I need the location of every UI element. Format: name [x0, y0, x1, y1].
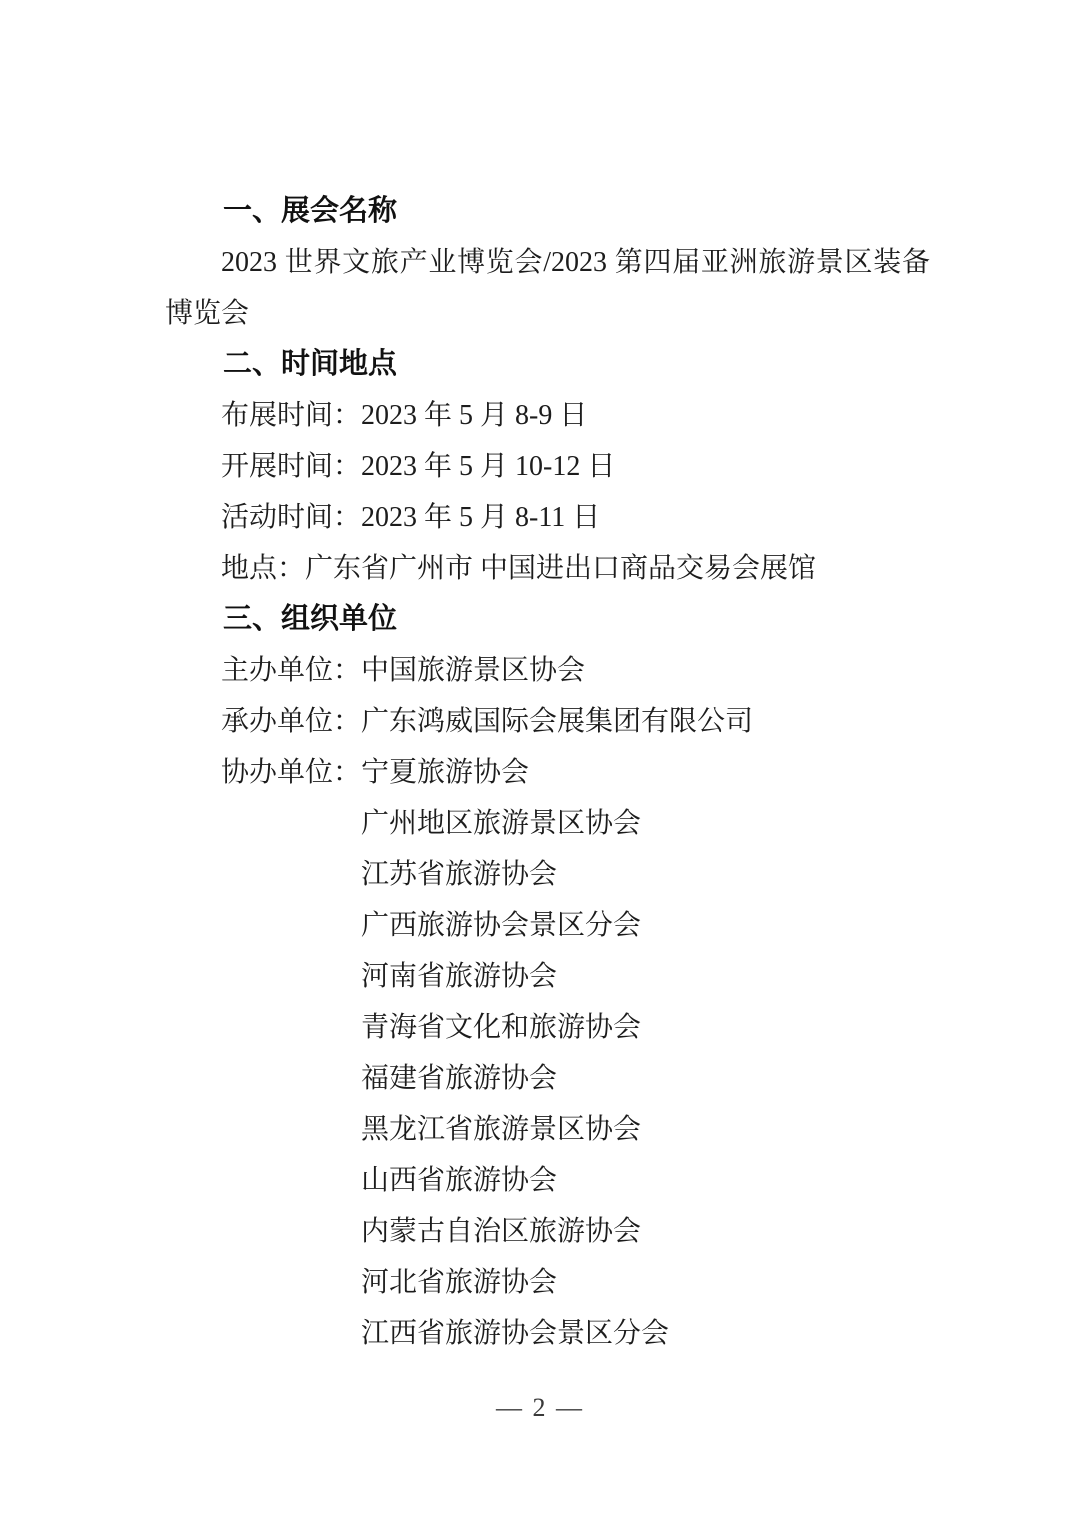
co-organizer-item: 河南省旅游协会 [165, 951, 930, 1002]
co-organizer-item: 福建省旅游协会 [165, 1053, 930, 1104]
co-organizer-item: 青海省文化和旅游协会 [165, 1002, 930, 1053]
line-host-unit: 主办单位：中国旅游景区协会 [165, 645, 930, 696]
section-heading-organizing-units: 三、组织单位 [165, 594, 930, 645]
line-activity-time: 活动时间：2023 年 5 月 8-11 日 [165, 492, 930, 543]
opening-time-value: 2023 年 5 月 10-12 日 [361, 451, 615, 482]
co-organizer-item: 内蒙古自治区旅游协会 [165, 1206, 930, 1257]
section-heading-exhibition-name: 一、展会名称 [165, 186, 930, 237]
activity-time-label: 活动时间： [221, 502, 361, 533]
document-content: 一、展会名称 2023 世界文旅产业博览会/2023 第四届亚洲旅游景区装备博览… [0, 0, 1080, 1359]
co-organizer-first-value: 宁夏旅游协会 [361, 757, 529, 788]
co-organizer-item: 广西旅游协会景区分会 [165, 900, 930, 951]
opening-time-label: 开展时间： [221, 451, 361, 482]
organizer-unit-label: 承办单位： [221, 706, 361, 737]
co-organizer-item: 河北省旅游协会 [165, 1257, 930, 1308]
section-heading-time-location: 二、时间地点 [165, 339, 930, 390]
co-organizer-item: 江西省旅游协会景区分会 [165, 1308, 930, 1359]
line-opening-time: 开展时间：2023 年 5 月 10-12 日 [165, 441, 930, 492]
location-label: 地点： [221, 553, 305, 584]
setup-time-value: 2023 年 5 月 8-9 日 [361, 400, 587, 431]
line-organizer-unit: 承办单位：广东鸿威国际会展集团有限公司 [165, 696, 930, 747]
document-page: 一、展会名称 2023 世界文旅产业博览会/2023 第四届亚洲旅游景区装备博览… [0, 0, 1080, 1527]
organizer-unit-value: 广东鸿威国际会展集团有限公司 [361, 706, 753, 737]
setup-time-label: 布展时间： [221, 400, 361, 431]
co-organizer-label: 协办单位： [221, 757, 361, 788]
co-organizer-item: 广州地区旅游景区协会 [165, 798, 930, 849]
line-co-organizer-unit: 协办单位：宁夏旅游协会 [165, 747, 930, 798]
activity-time-value: 2023 年 5 月 8-11 日 [361, 502, 600, 533]
page-number: — 2 — [0, 1388, 1080, 1428]
host-unit-label: 主办单位： [221, 655, 361, 686]
line-location: 地点：广东省广州市 中国进出口商品交易会展馆 [165, 543, 930, 594]
location-value: 广东省广州市 中国进出口商品交易会展馆 [305, 553, 816, 584]
co-organizer-item: 黑龙江省旅游景区协会 [165, 1104, 930, 1155]
host-unit-value: 中国旅游景区协会 [361, 655, 585, 686]
paragraph-exhibition-name: 2023 世界文旅产业博览会/2023 第四届亚洲旅游景区装备博览会 [165, 237, 930, 339]
co-organizer-item: 山西省旅游协会 [165, 1155, 930, 1206]
line-setup-time: 布展时间：2023 年 5 月 8-9 日 [165, 390, 930, 441]
co-organizer-item: 江苏省旅游协会 [165, 849, 930, 900]
